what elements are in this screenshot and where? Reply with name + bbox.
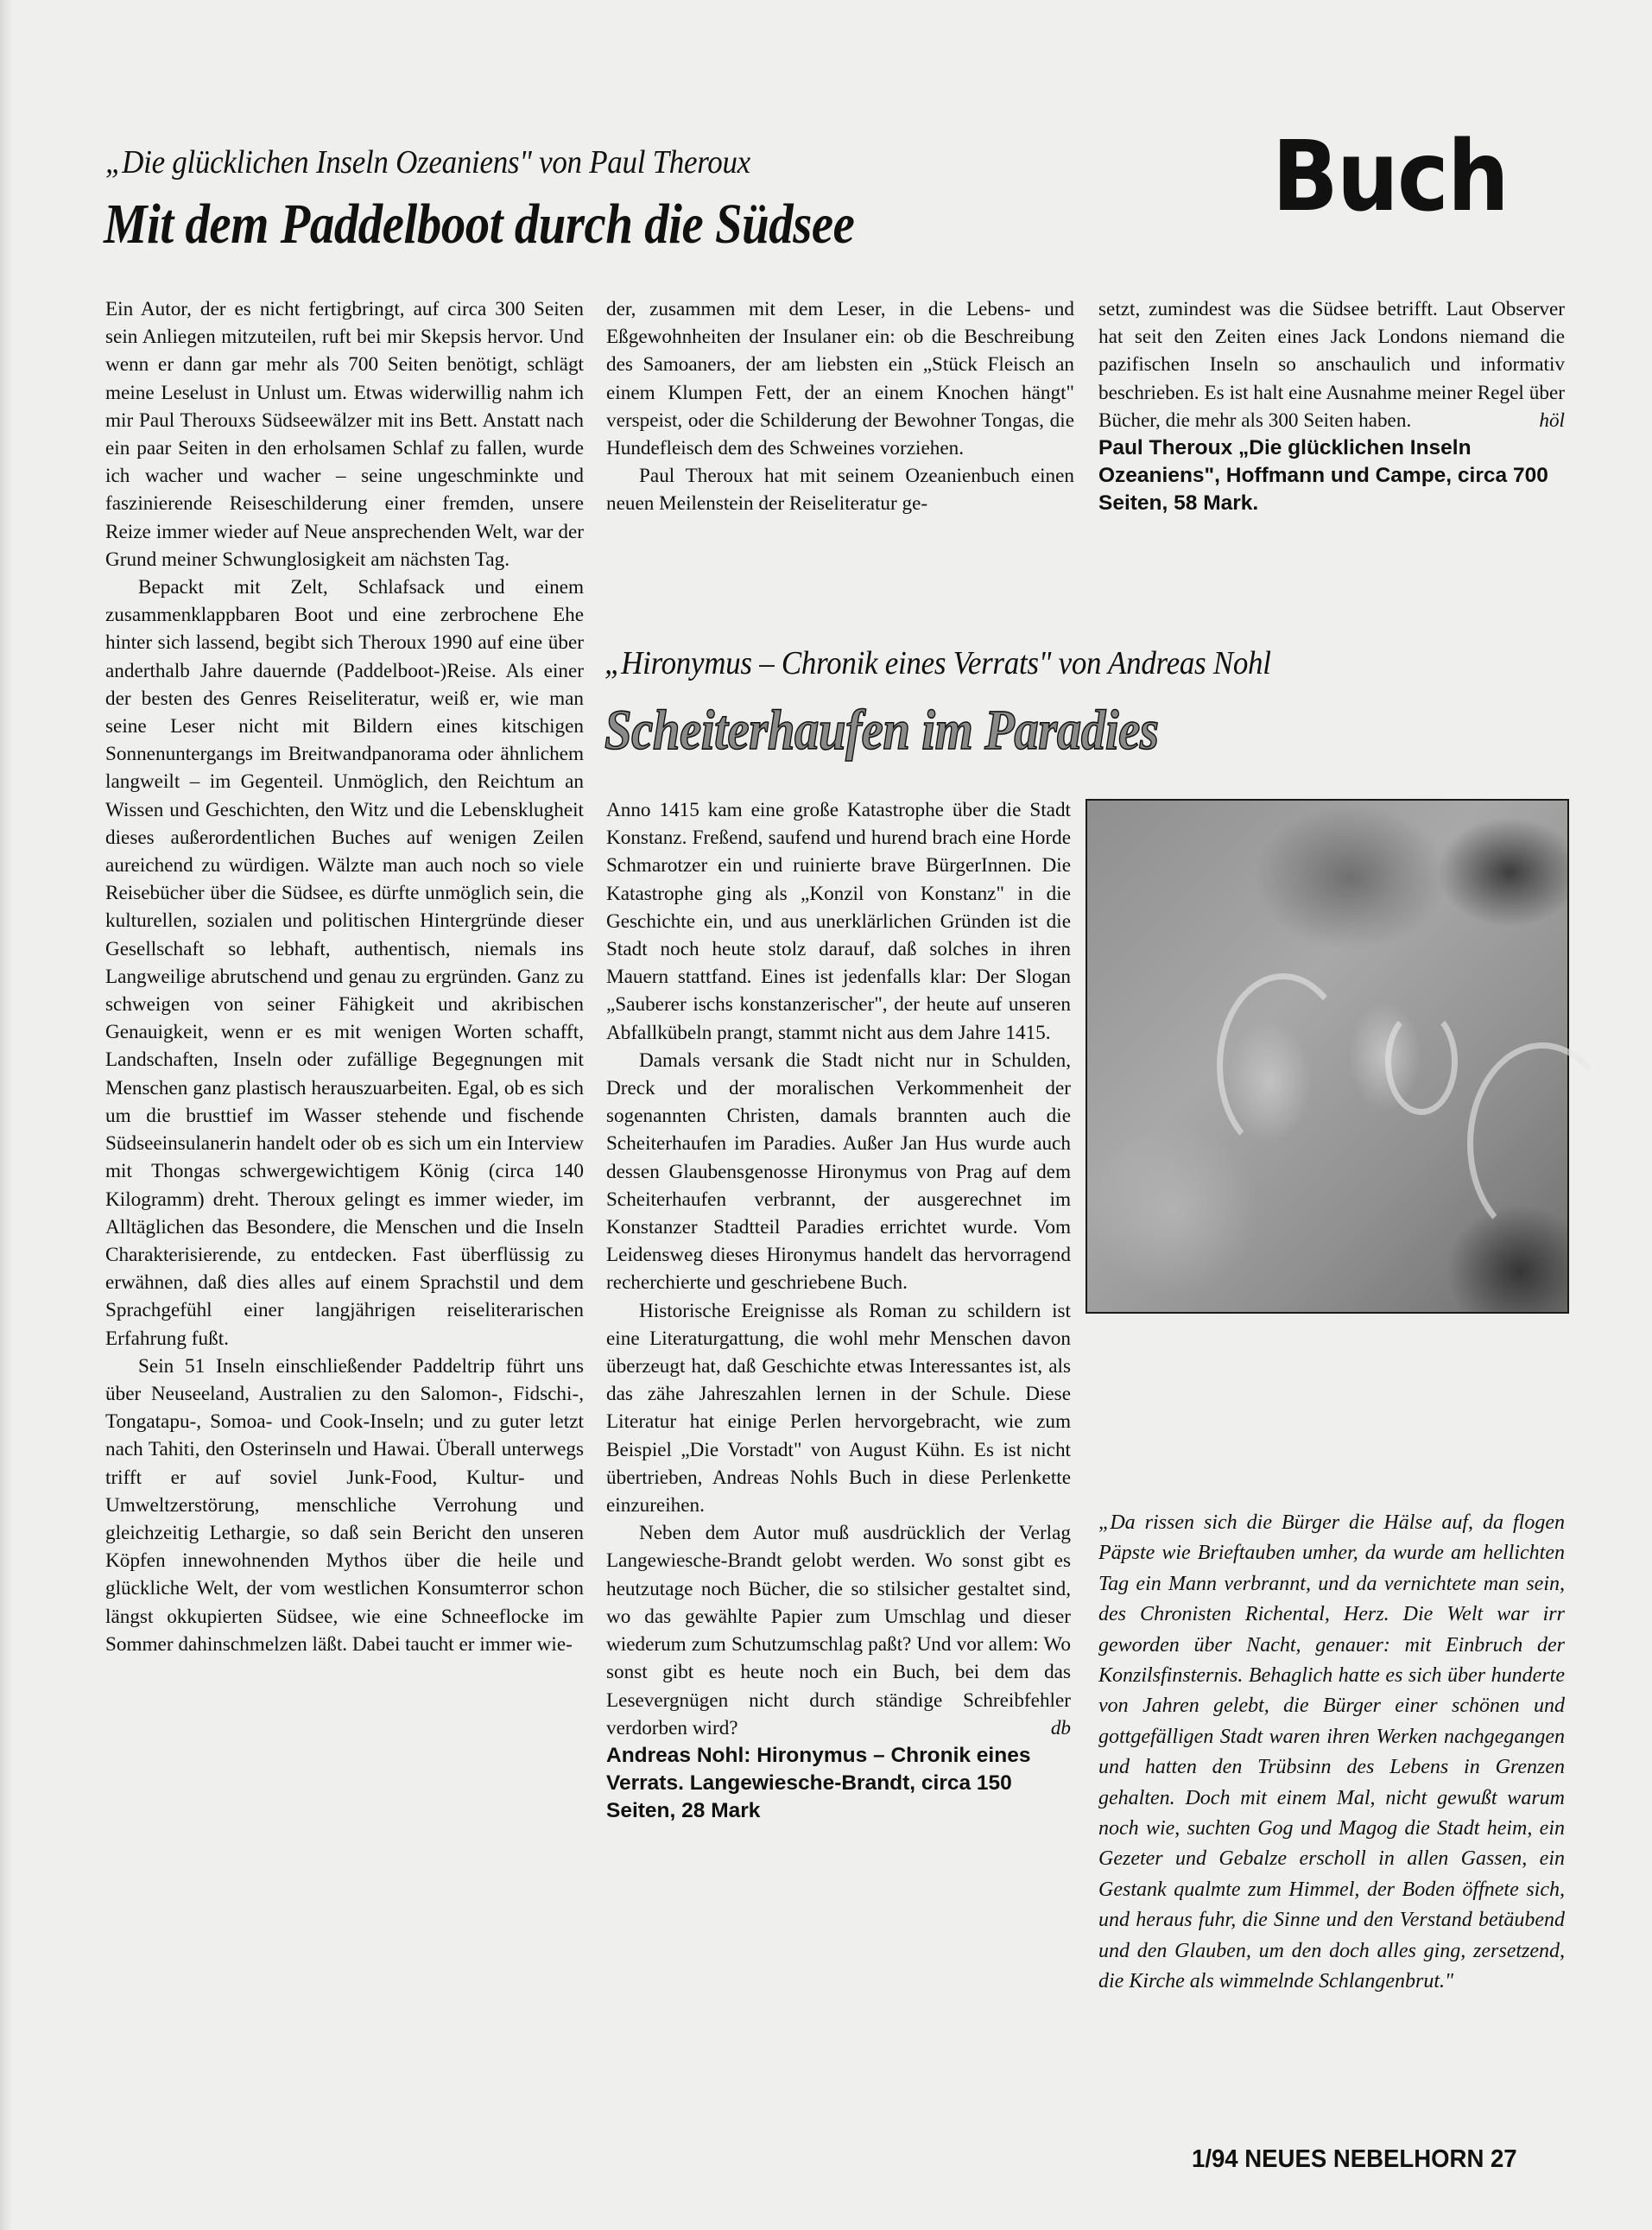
page-footer: 1/94 NEUES NEBELHORN 27 <box>1192 2145 1517 2174</box>
paragraph: Bepackt mit Zelt, Schlafsack und einem z… <box>105 573 584 1353</box>
review2-headline: Scheiterhaufen im Paradies <box>604 698 1159 763</box>
book-info: Paul Theroux „Die glücklichen Inseln Oze… <box>1098 434 1565 517</box>
review1-column-2: der, zusammen mit dem Leser, in die Lebe… <box>606 295 1074 518</box>
review1-kicker: „Die glücklichen Inseln Ozeaniens" von P… <box>105 143 750 181</box>
paragraph: Paul Theroux hat mit seinem Ozeanienbuch… <box>606 462 1074 517</box>
page-edge-shadow <box>0 0 12 2230</box>
paragraph: Anno 1415 kam eine große Katastrophe übe… <box>606 796 1071 1047</box>
book-info: Andreas Nohl: Hironymus – Chronik eines … <box>606 1742 1071 1825</box>
photo-figure-shape <box>1467 1042 1617 1245</box>
paragraph: Ein Autor, der es nicht fertigbringt, au… <box>105 295 584 573</box>
paragraph: Neben dem Autor muß ausdrücklich der Ver… <box>606 1519 1071 1742</box>
review1-column-1: Ein Autor, der es nicht fertigbringt, au… <box>105 295 584 1658</box>
review2-kicker: „Hironymus – Chronik eines Verrats" von … <box>604 644 1271 682</box>
review1-headline: Mit dem Paddelboot durch die Südsee <box>104 192 854 257</box>
review1-column-3: setzt, zumindest was die Südsee betrifft… <box>1098 295 1565 517</box>
photo-figure-shape <box>1217 973 1350 1158</box>
pull-quote: „Da rissen sich die Bürger die Hälse auf… <box>1098 1508 1565 1998</box>
paragraph: Damals versank die Stadt nicht nur in Sc… <box>606 1047 1071 1297</box>
section-tag: Buch <box>1272 121 1508 233</box>
illustration-photo <box>1086 799 1569 1314</box>
review2-column: Anno 1415 kam eine große Katastrophe übe… <box>606 796 1071 1825</box>
paragraph: Historische Ereignisse als Roman zu schi… <box>606 1297 1071 1520</box>
paragraph: der, zusammen mit dem Leser, in die Lebe… <box>606 295 1074 462</box>
paragraph: Sein 51 Inseln einschließender Paddeltri… <box>105 1353 584 1658</box>
photo-figure-shape <box>1385 1008 1458 1115</box>
